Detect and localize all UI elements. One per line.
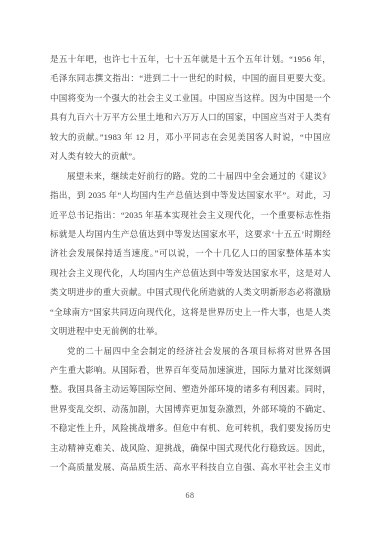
text-line: 近平总书记指出：“2035 年基本实现社会主义现代化，一个重要标志性指	[50, 206, 331, 225]
text-line: 主动精神克难关、战风险、迎挑战，确保中国式现代化行稳致远。因此，	[50, 439, 331, 458]
text-line: 类文明进步的重大贡献。中国式现代化所造就的人类文明新形态必将激励	[50, 283, 331, 302]
document-page: 是五十年吧，也许七十五年，七十五年就是十五个五年计划。“1956 年， 毛泽东同…	[0, 0, 380, 537]
text-line: 标就是人均国内生产总值达到中等发达国家水平，这要求‘十五五’时期经	[50, 225, 331, 244]
page-number: 68	[0, 491, 380, 500]
text-line: 世界变乱交织、动荡加剧，大国博弈更加复杂激烈，外部环境的不确定、	[50, 400, 331, 419]
text-line: 现社会主义现代化，人均国内生产总值达到中等发达国家水平，这是对人	[50, 264, 331, 283]
text-line: 党的二十届四中全会制定的经济社会发展的各项目标将对世界各国	[50, 342, 331, 361]
text-line: 较大的贡献。”1983 年 12 月，邓小平同志在会见美国客人时说，“中国应	[50, 128, 331, 147]
text-line: 展望未来，继续走好前行的路。党的二十届四中全会通过的《建议》	[50, 167, 331, 186]
text-line: 是五十年吧，也许七十五年，七十五年就是十五个五年计划。“1956 年，	[50, 50, 331, 69]
text-line: 毛泽东同志撰文指出：“进到二十一世纪的时候，中国的面目更要大变。	[50, 69, 331, 88]
text-line: 对人类有较大的贡献”。	[50, 147, 331, 166]
text-line: “全球南方”国家共同迈向现代化，这将是世界历史上一件大事，也是人类	[50, 303, 331, 322]
text-line: 产生重大影响。从国际看，世界百年变局加速演进，国际力量对比深刻调	[50, 361, 331, 380]
text-line: 一个高质量发展、高品质生活、高水平科技自立自强、高水平社会主义市	[50, 458, 331, 477]
text-line: 指出，到 2035 年“人均国内生产总值达到中等发达国家水平”。对此，习	[50, 186, 331, 205]
text-line: 中国将变为一个强大的社会主义工业国。中国应当这样。因为中国是一个	[50, 89, 331, 108]
text-line: 整。我国具备主动运筹国际空间、塑造外部环境的诸多有利因素。同时，	[50, 380, 331, 399]
text-line: 文明进程中史无前例的壮举。	[50, 322, 331, 341]
page-text: 是五十年吧，也许七十五年，七十五年就是十五个五年计划。“1956 年， 毛泽东同…	[50, 50, 331, 478]
text-line: 具有九百六十万平方公里土地和六万万人口的国家，中国应当对于人类有	[50, 108, 331, 127]
text-line: 不稳定性上升，风险挑战增多。但危中有机、危可转机，我们要发扬历史	[50, 419, 331, 438]
text-line: 济社会发展保持适当速度。”可以说，一个十几亿人口的国家整体基本实	[50, 244, 331, 263]
